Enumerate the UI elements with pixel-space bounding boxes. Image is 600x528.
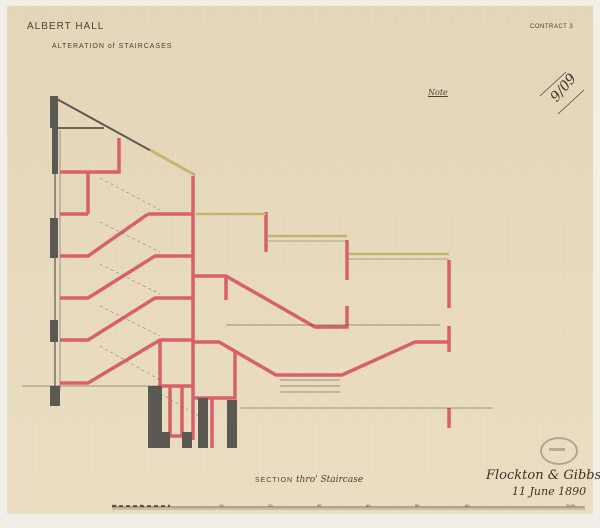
architect-signature: Flockton & Gibbs Archts (486, 468, 600, 483)
scale-tick: 0 (168, 503, 170, 508)
drawing-date: 11 June 1890 (512, 485, 586, 498)
scale-tick: 5 (140, 503, 142, 508)
scale-tick: 60 (465, 503, 469, 508)
section-drawing (0, 0, 600, 528)
section-subtitle: thro' Staircase (296, 475, 363, 485)
scale-tick: 70 Ft (566, 503, 575, 508)
scale-tick: 30 (317, 503, 321, 508)
staircase-walls (60, 138, 449, 448)
scale-bar (112, 506, 585, 509)
scale-tick: 40 (366, 503, 370, 508)
scale-tick: 10 (112, 503, 116, 508)
section-label: SECTION (255, 477, 293, 484)
archive-stamp (540, 437, 578, 465)
scale-tick: 50 (415, 503, 419, 508)
scale-tick: 10 (219, 503, 223, 508)
scale-tick: 20 (268, 503, 272, 508)
